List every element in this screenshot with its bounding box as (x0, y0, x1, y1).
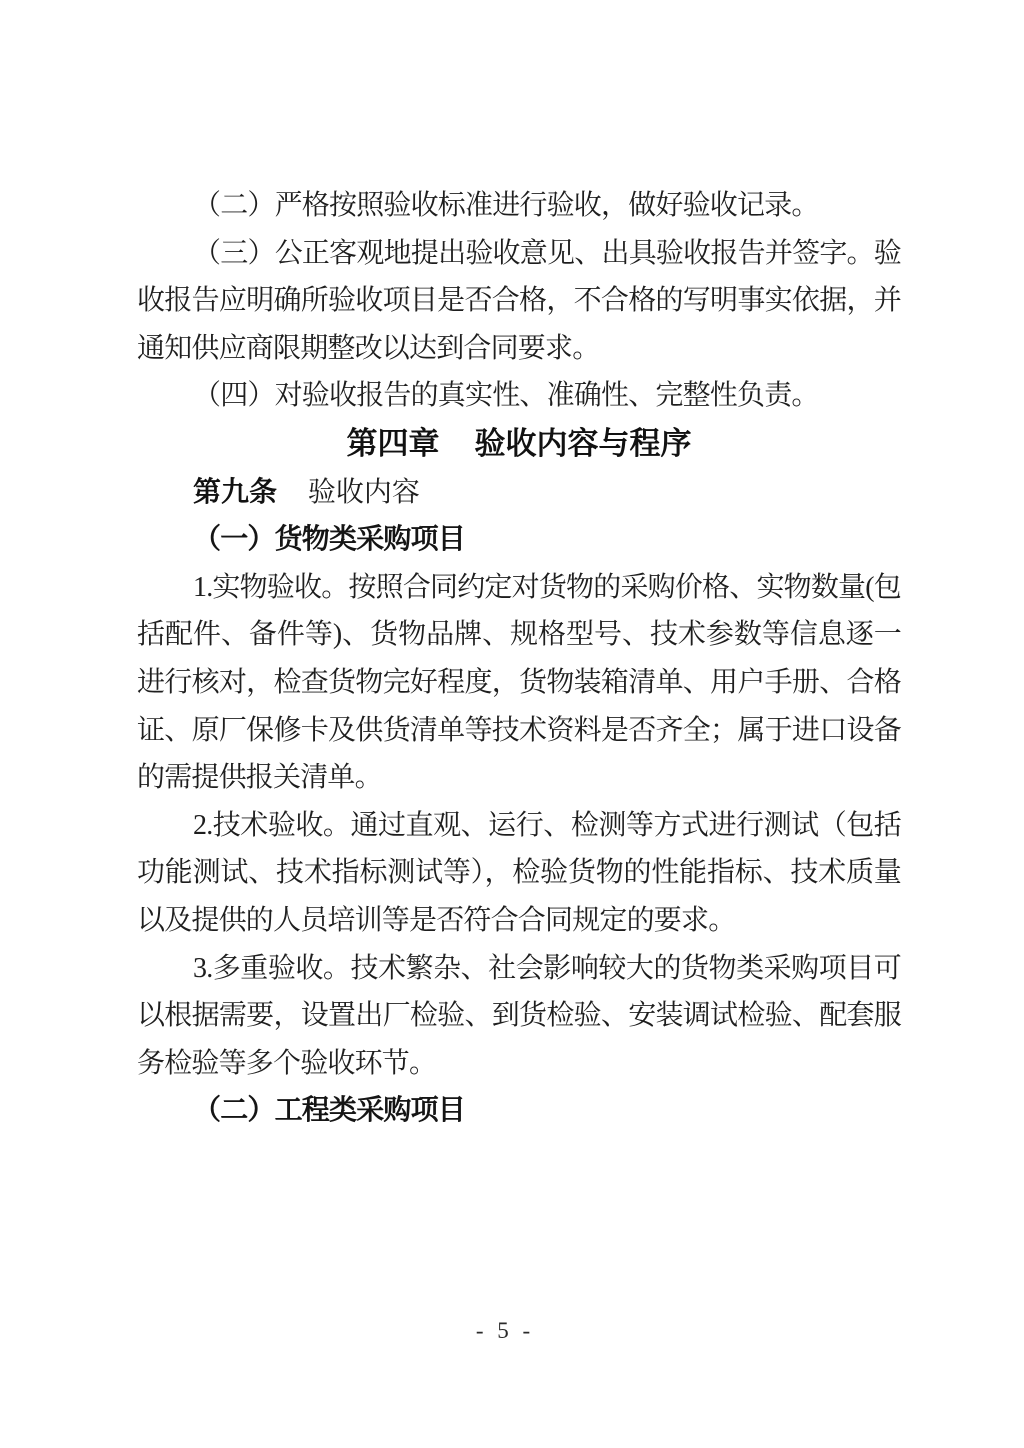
document-page: （二）严格按照验收标准进行验收，做好验收记录。 （三）公正客观地提出验收意见、出… (0, 0, 1024, 1448)
chapter-number: 第四章 (347, 426, 440, 461)
document-text-block: （二）严格按照验收标准进行验收，做好验收记录。 （三）公正客观地提出验收意见、出… (137, 182, 901, 1135)
section-subheading: （二）工程类采购项目 (137, 1087, 901, 1135)
body-paragraph: 1.实物验收。按照合同约定对货物的采购价格、实物数量(包括配件、备件等)、货物品… (137, 564, 901, 802)
body-paragraph: 3.多重验收。技术繁杂、社会影响较大的货物类采购项目可以根据需要，设置出厂检验、… (137, 945, 901, 1088)
article-title: 验收内容 (308, 477, 420, 508)
chapter-title: 验收内容与程序 (474, 426, 691, 461)
page-number: - 5 - (0, 1318, 1010, 1344)
article-label: 第九条 (193, 476, 277, 507)
section-subheading: （一）货物类采购项目 (137, 516, 901, 564)
chapter-heading: 第四章 验收内容与程序 (137, 420, 901, 468)
body-paragraph: 2.技术验收。通过直观、运行、检测等方式进行测试（包括功能测试、技术指标测试等）… (137, 802, 901, 945)
body-paragraph: （二）严格按照验收标准进行验收，做好验收记录。 (137, 182, 901, 230)
article-heading: 第九条 验收内容 (137, 468, 901, 517)
body-paragraph: （三）公正客观地提出验收意见、出具验收报告并签字。验收报告应明确所验收项目是否合… (137, 230, 901, 373)
body-paragraph: （四）对验收报告的真实性、准确性、完整性负责。 (137, 372, 901, 420)
